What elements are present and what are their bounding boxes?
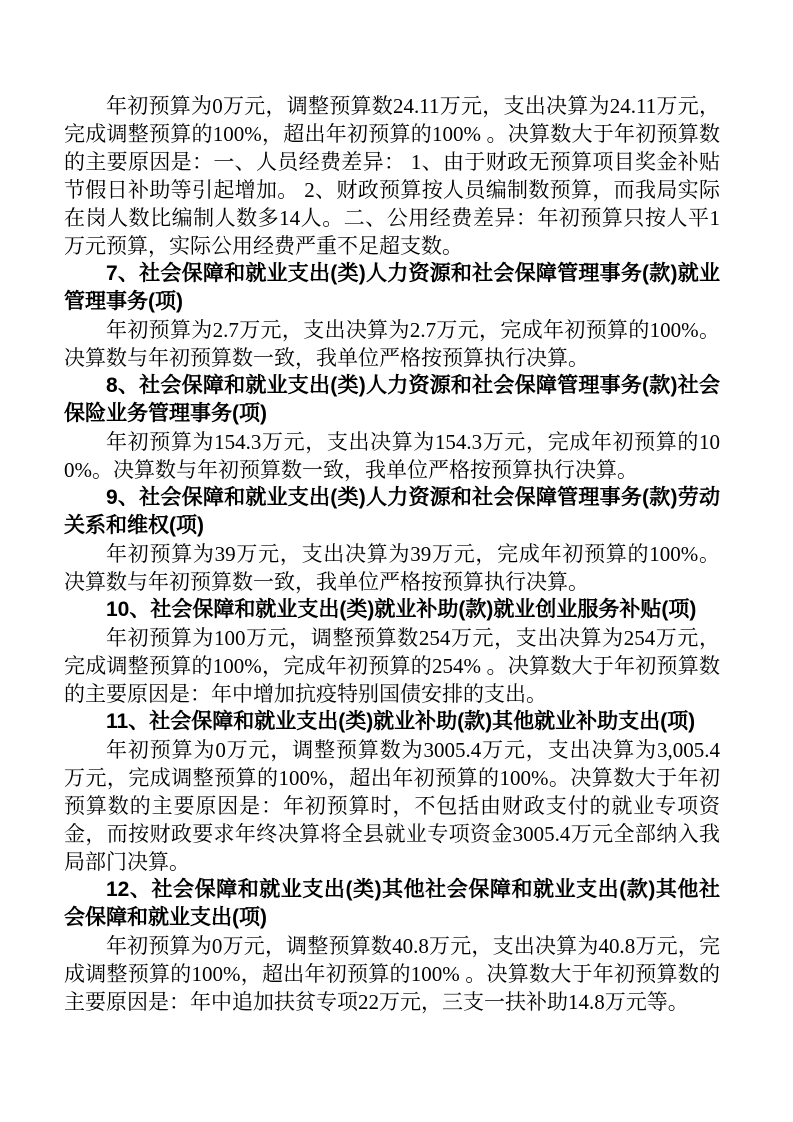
section-heading-11: 11、社会保障和就业支出(类)就业补助(款)其他就业补助支出(项) — [64, 708, 720, 736]
section-body-10: 年初预算为100万元，调整预算数254万元，支出决算为254万元，完成调整预算的… — [64, 624, 720, 708]
section-heading-12: 12、社会保障和就业支出(类)其他社会保障和就业支出(款)其他社会保障和就业支出… — [64, 876, 720, 932]
document-page: 年初预算为0万元，调整预算数24.11万元，支出决算为24.11万元，完成调整预… — [0, 0, 793, 1122]
section-body-8: 年初预算为154.3万元，支出决算为154.3万元，完成年初预算的100%。决算… — [64, 428, 720, 484]
section-heading-9: 9、社会保障和就业支出(类)人力资源和社会保障管理事务(款)劳动关系和维权(项) — [64, 484, 720, 540]
section-heading-8: 8、社会保障和就业支出(类)人力资源和社会保障管理事务(款)社会保险业务管理事务… — [64, 372, 720, 428]
section-10: 10、社会保障和就业支出(类)就业补助(款)就业创业服务补贴(项) 年初预算为1… — [64, 596, 720, 708]
section-12: 12、社会保障和就业支出(类)其他社会保障和就业支出(款)其他社会保障和就业支出… — [64, 876, 720, 1016]
intro-paragraph: 年初预算为0万元，调整预算数24.11万元，支出决算为24.11万元，完成调整预… — [64, 92, 720, 260]
section-11: 11、社会保障和就业支出(类)就业补助(款)其他就业补助支出(项) 年初预算为0… — [64, 708, 720, 876]
section-body-9: 年初预算为39万元，支出决算为39万元，完成年初预算的100%。决算数与年初预算… — [64, 540, 720, 596]
section-7: 7、社会保障和就业支出(类)人力资源和社会保障管理事务(款)就业管理事务(项) … — [64, 260, 720, 372]
section-body-7: 年初预算为2.7万元，支出决算为2.7万元，完成年初预算的100%。决算数与年初… — [64, 316, 720, 372]
section-9: 9、社会保障和就业支出(类)人力资源和社会保障管理事务(款)劳动关系和维权(项)… — [64, 484, 720, 596]
section-body-11: 年初预算为0万元，调整预算数为3005.4万元，支出决算为3,005.4万元，完… — [64, 736, 720, 876]
section-8: 8、社会保障和就业支出(类)人力资源和社会保障管理事务(款)社会保险业务管理事务… — [64, 372, 720, 484]
section-heading-7: 7、社会保障和就业支出(类)人力资源和社会保障管理事务(款)就业管理事务(项) — [64, 260, 720, 316]
section-body-12: 年初预算为0万元，调整预算数40.8万元，支出决算为40.8万元，完成调整预算的… — [64, 932, 720, 1016]
section-heading-10: 10、社会保障和就业支出(类)就业补助(款)就业创业服务补贴(项) — [64, 596, 720, 624]
